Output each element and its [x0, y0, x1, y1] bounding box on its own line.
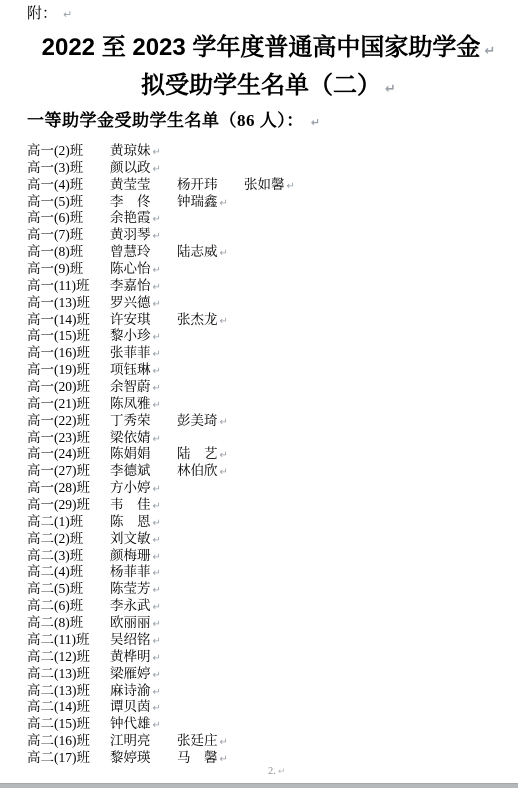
title-line-1: 2022 至 2023 学年度普通高中国家助学金↵	[27, 31, 510, 69]
roster-row: 高一(4)班黄莹莹杨开玮张如馨↵	[27, 177, 518, 194]
student-name: 颜梅珊	[110, 548, 151, 563]
student-name: 李永武	[110, 598, 151, 613]
class-label: 高一(14)班	[27, 312, 110, 329]
paragraph-mark-icon: ↵	[153, 703, 161, 714]
paragraph-mark-icon: ↵	[153, 434, 161, 445]
student-name: 吴绍铭	[110, 632, 151, 647]
student-name: 曾慧玲	[110, 244, 177, 261]
paragraph-mark-icon: ↵	[153, 501, 161, 512]
roster-row: 高二(11)班吴绍铭↵	[27, 632, 518, 649]
class-label: 高一(23)班	[27, 430, 110, 447]
title-line-2: 拟受助学生名单（二）↵	[27, 69, 510, 107]
paragraph-mark-icon: ↵	[153, 349, 161, 360]
roster-row: 高二(14)班谭贝茵↵	[27, 699, 518, 716]
paragraph-mark-icon: ↵	[153, 653, 161, 664]
student-name: 项钰琳	[110, 362, 151, 377]
roster-row: 高一(8)班曾慧玲陆志威↵	[27, 244, 518, 261]
paragraph-mark-icon: ↵	[153, 265, 161, 276]
roster-row: 高二(2)班刘文敏↵	[27, 531, 518, 548]
student-name: 李嘉怡	[110, 278, 151, 293]
class-label: 高二(11)班	[27, 632, 110, 649]
student-name: 陈 恩	[110, 514, 151, 529]
paragraph-mark-icon: ↵	[153, 147, 161, 158]
class-label: 高二(15)班	[27, 716, 110, 733]
class-label: 高一(22)班	[27, 413, 110, 430]
paragraph-mark-icon: ↵	[153, 299, 161, 310]
roster-row: 高二(4)班杨菲菲↵	[27, 564, 518, 581]
paragraph-mark-icon: ↵	[153, 332, 161, 343]
document-page: 附：↵ 2022 至 2023 学年度普通高中国家助学金↵ 拟受助学生名单（二）…	[0, 0, 518, 767]
paragraph-mark-icon: ↵	[220, 737, 228, 748]
student-name: 张菲菲	[110, 345, 151, 360]
student-name: 黄琼妹	[110, 143, 151, 158]
student-name: 陈心怡	[110, 261, 151, 276]
student-name: 张如馨	[244, 177, 285, 192]
roster-row: 高二(13)班麻诗渝↵	[27, 683, 518, 700]
class-label: 高二(13)班	[27, 683, 110, 700]
paragraph-mark-icon: ↵	[63, 8, 72, 21]
class-label: 高二(4)班	[27, 564, 110, 581]
paragraph-mark-icon: ↵	[153, 214, 161, 225]
class-label: 高一(6)班	[27, 210, 110, 227]
paragraph-mark-icon: ↵	[153, 568, 161, 579]
paragraph-mark-icon: ↵	[153, 585, 161, 596]
student-name: 丁秀荣	[110, 413, 177, 430]
student-name: 彭美琦	[177, 413, 218, 428]
roster-row: 高二(5)班陈莹芳↵	[27, 581, 518, 598]
paragraph-mark-icon: ↵	[153, 619, 161, 630]
roster-row: 高二(6)班李永武↵	[27, 598, 518, 615]
section-heading: 一等助学金受助学生名单（86 人）：↵	[27, 110, 518, 134]
student-name: 钟代雄	[110, 716, 151, 731]
student-name: 黎小珍	[110, 328, 151, 343]
section-heading-text: 一等助学金受助学生名单（86 人）：	[27, 111, 304, 130]
roster-row: 高一(14)班许安琪张杰龙↵	[27, 312, 518, 329]
page-edge-divider	[0, 783, 518, 788]
class-label: 高一(27)班	[27, 463, 110, 480]
roster-row: 高一(3)班颜以政↵	[27, 160, 518, 177]
student-name: 林伯欣	[177, 463, 218, 478]
roster-row: 高一(28)班方小婷↵	[27, 480, 518, 497]
paragraph-mark-icon: ↵	[220, 248, 228, 259]
paragraph-mark-icon: ↵	[484, 44, 495, 59]
roster-row: 高一(15)班黎小珍↵	[27, 328, 518, 345]
class-label: 高二(13)班	[27, 666, 110, 683]
paragraph-mark-icon: ↵	[220, 467, 228, 478]
roster-row: 高一(9)班陈心怡↵	[27, 261, 518, 278]
roster-row: 高一(6)班余艳霞↵	[27, 210, 518, 227]
roster-row: 高二(12)班黄桦明↵	[27, 649, 518, 666]
title-line-2-text: 拟受助学生名单（二）	[141, 72, 381, 99]
student-name: 陆 艺	[177, 446, 218, 461]
paragraph-mark-icon: ↵	[153, 484, 161, 495]
student-name: 李德斌	[110, 463, 177, 480]
roster-list: 高一(2)班黄琼妹↵高一(3)班颜以政↵高一(4)班黄莹莹杨开玮张如馨↵高一(5…	[27, 143, 518, 767]
class-label: 高二(17)班	[27, 750, 110, 767]
student-name: 梁依婧	[110, 430, 151, 445]
student-name: 钟瑞鑫	[177, 194, 218, 209]
student-name: 陆志威	[177, 244, 218, 259]
paragraph-mark-icon: ↵	[153, 720, 161, 731]
student-name: 张廷庄	[177, 733, 218, 748]
paragraph-mark-icon: ↵	[153, 670, 161, 681]
page-number-text: 2.	[268, 766, 276, 777]
class-label: 高一(21)班	[27, 396, 110, 413]
student-name: 陈凤雅	[110, 396, 151, 411]
student-name: 余艳霞	[110, 210, 151, 225]
paragraph-mark-icon: ↵	[153, 552, 161, 563]
class-label: 高一(4)班	[27, 177, 110, 194]
class-label: 高二(14)班	[27, 699, 110, 716]
roster-row: 高二(3)班颜梅珊↵	[27, 548, 518, 565]
paragraph-mark-icon: ↵	[153, 164, 161, 175]
student-name: 杨开玮	[177, 177, 244, 194]
class-label: 高二(3)班	[27, 548, 110, 565]
class-label: 高一(9)班	[27, 261, 110, 278]
paragraph-mark-icon: ↵	[153, 400, 161, 411]
class-label: 高一(19)班	[27, 362, 110, 379]
paragraph-mark-icon: ↵	[153, 687, 161, 698]
paragraph-mark-icon: ↵	[153, 636, 161, 647]
class-label: 高二(5)班	[27, 581, 110, 598]
student-name: 余智蔚	[110, 379, 151, 394]
roster-row: 高一(23)班梁依婧↵	[27, 430, 518, 447]
class-label: 高二(8)班	[27, 615, 110, 632]
student-name: 杨菲菲	[110, 564, 151, 579]
student-name: 陈娟娟	[110, 446, 177, 463]
paragraph-mark-icon: ↵	[153, 366, 161, 377]
paragraph-mark-icon: ↵	[311, 116, 321, 129]
student-name: 黄莹莹	[110, 177, 177, 194]
paragraph-mark-icon: ↵	[153, 535, 161, 546]
paragraph-mark-icon: ↵	[278, 767, 286, 777]
title-line-1-text: 2022 至 2023 学年度普通高中国家助学金	[42, 34, 481, 61]
attachment-label-line: 附：↵	[0, 0, 518, 24]
document-title: 2022 至 2023 学年度普通高中国家助学金↵ 拟受助学生名单（二）↵	[27, 31, 510, 107]
roster-row: 高一(11)班李嘉怡↵	[27, 278, 518, 295]
paragraph-mark-icon: ↵	[385, 82, 396, 97]
roster-row: 高一(29)班韦 佳↵	[27, 497, 518, 514]
roster-row: 高二(13)班梁雁婷↵	[27, 666, 518, 683]
class-label: 高一(29)班	[27, 497, 110, 514]
attachment-label: 附：	[27, 6, 57, 22]
class-label: 高一(20)班	[27, 379, 110, 396]
roster-row: 高一(21)班陈凤雅↵	[27, 396, 518, 413]
student-name: 刘文敏	[110, 531, 151, 546]
roster-row: 高一(2)班黄琼妹↵	[27, 143, 518, 160]
roster-row: 高一(20)班余智蔚↵	[27, 379, 518, 396]
paragraph-mark-icon: ↵	[220, 754, 228, 765]
student-name: 黄羽琴	[110, 227, 151, 242]
student-name: 李 佟	[110, 194, 177, 211]
roster-row: 高一(7)班黄羽琴↵	[27, 227, 518, 244]
paragraph-mark-icon: ↵	[220, 198, 228, 209]
roster-row: 高一(16)班张菲菲↵	[27, 345, 518, 362]
class-label: 高二(2)班	[27, 531, 110, 548]
class-label: 高二(1)班	[27, 514, 110, 531]
student-name: 颜以政	[110, 160, 151, 175]
student-name: 陈莹芳	[110, 581, 151, 596]
paragraph-mark-icon: ↵	[153, 282, 161, 293]
paragraph-mark-icon: ↵	[220, 316, 228, 327]
student-name: 谭贝茵	[110, 699, 151, 714]
paragraph-mark-icon: ↵	[153, 602, 161, 613]
page-number: 2.↵	[268, 766, 285, 777]
roster-row: 高二(16)班江明亮张廷庄↵	[27, 733, 518, 750]
student-name: 张杰龙	[177, 312, 218, 327]
class-label: 高一(2)班	[27, 143, 110, 160]
student-name: 江明亮	[110, 733, 177, 750]
class-label: 高一(8)班	[27, 244, 110, 261]
roster-row: 高二(15)班钟代雄↵	[27, 716, 518, 733]
roster-row: 高二(1)班陈 恩↵	[27, 514, 518, 531]
student-name: 马 馨	[177, 750, 218, 765]
class-label: 高一(7)班	[27, 227, 110, 244]
roster-row: 高一(13)班罗兴德↵	[27, 295, 518, 312]
paragraph-mark-icon: ↵	[220, 417, 228, 428]
paragraph-mark-icon: ↵	[153, 518, 161, 529]
roster-row: 高一(19)班项钰琳↵	[27, 362, 518, 379]
class-label: 高二(16)班	[27, 733, 110, 750]
class-label: 高一(16)班	[27, 345, 110, 362]
student-name: 欧丽丽	[110, 615, 151, 630]
paragraph-mark-icon: ↵	[153, 383, 161, 394]
roster-row: 高二(8)班欧丽丽↵	[27, 615, 518, 632]
class-label: 高一(3)班	[27, 160, 110, 177]
class-label: 高一(13)班	[27, 295, 110, 312]
student-name: 许安琪	[110, 312, 177, 329]
student-name: 麻诗渝	[110, 683, 151, 698]
paragraph-mark-icon: ↵	[220, 450, 228, 461]
roster-row: 高一(27)班李德斌林伯欣↵	[27, 463, 518, 480]
student-name: 方小婷	[110, 480, 151, 495]
student-name: 黎婷瑛	[110, 750, 177, 767]
class-label: 高二(12)班	[27, 649, 110, 666]
class-label: 高二(6)班	[27, 598, 110, 615]
roster-row: 高一(22)班丁秀荣彭美琦↵	[27, 413, 518, 430]
paragraph-mark-icon: ↵	[153, 231, 161, 242]
student-name: 罗兴德	[110, 295, 151, 310]
class-label: 高一(5)班	[27, 194, 110, 211]
roster-row: 高一(5)班李 佟钟瑞鑫↵	[27, 194, 518, 211]
class-label: 高一(11)班	[27, 278, 110, 295]
roster-row: 高一(24)班陈娟娟陆 艺↵	[27, 446, 518, 463]
class-label: 高一(28)班	[27, 480, 110, 497]
class-label: 高一(24)班	[27, 446, 110, 463]
roster-row: 高二(17)班黎婷瑛马 馨↵	[27, 750, 518, 767]
student-name: 梁雁婷	[110, 666, 151, 681]
paragraph-mark-icon: ↵	[287, 181, 295, 192]
student-name: 韦 佳	[110, 497, 151, 512]
student-name: 黄桦明	[110, 649, 151, 664]
class-label: 高一(15)班	[27, 328, 110, 345]
